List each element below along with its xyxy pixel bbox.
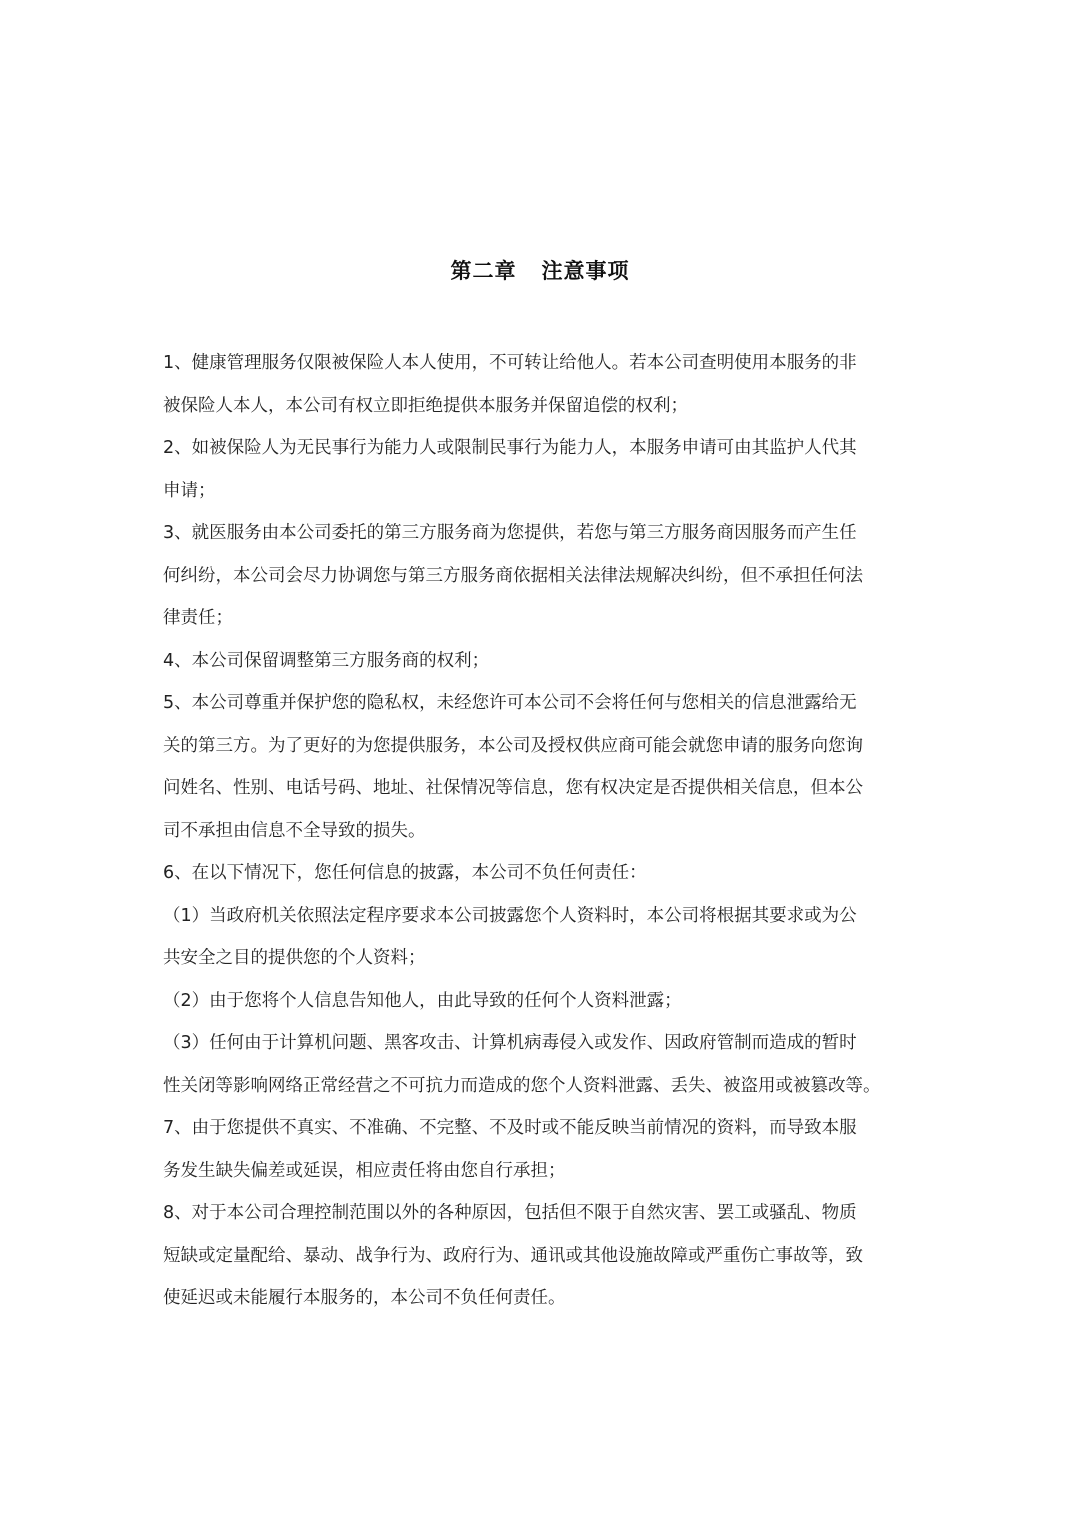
text-line: 短缺或定量配给、暴动、战争行为、政府行为、通讯或其他设施故障或严重伤亡事故等，致 [163, 1241, 923, 1284]
text-line: 共安全之目的提供您的个人资料； [163, 943, 923, 986]
chapter-title: 第二章 注意事项 [0, 255, 1080, 285]
text-line: 6、在以下情况下，您任何信息的披露，本公司不负任何责任： [163, 858, 923, 901]
text-line: 使延迟或未能履行本服务的，本公司不负任何责任。 [163, 1283, 923, 1326]
text-line: 性关闭等影响网络正常经营之不可抗力而造成的您个人资料泄露、丢失、被盗用或被篡改等… [163, 1071, 923, 1114]
text-line: 3、就医服务由本公司委托的第三方服务商为您提供，若您与第三方服务商因服务而产生任 [163, 518, 923, 561]
text-line: 问姓名、性别、电话号码、地址、社保情况等信息，您有权决定是否提供相关信息，但本公 [163, 773, 923, 816]
text-line: 何纠纷，本公司会尽力协调您与第三方服务商依据相关法律法规解决纠纷，但不承担任何法 [163, 561, 923, 604]
text-line: 司不承担由信息不全导致的损失。 [163, 816, 923, 859]
text-line: 关的第三方。为了更好的为您提供服务，本公司及授权供应商可能会就您申请的服务向您询 [163, 731, 923, 774]
text-line: （2）由于您将个人信息告知他人，由此导致的任何个人资料泄露； [163, 986, 923, 1029]
text-line: 4、本公司保留调整第三方服务商的权利； [163, 646, 923, 689]
text-line: 律责任； [163, 603, 923, 646]
text-line: 被保险人本人，本公司有权立即拒绝提供本服务并保留追偿的权利； [163, 391, 923, 434]
text-line: 1、健康管理服务仅限被保险人本人使用，不可转让给他人。若本公司查明使用本服务的非 [163, 348, 923, 391]
text-line: 申请； [163, 476, 923, 519]
text-line: 务发生缺失偏差或延误，相应责任将由您自行承担； [163, 1156, 923, 1199]
text-line: 7、由于您提供不真实、不准确、不完整、不及时或不能反映当前情况的资料，而导致本服 [163, 1113, 923, 1156]
text-line: （1）当政府机关依照法定程序要求本公司披露您个人资料时，本公司将根据其要求或为公 [163, 901, 923, 944]
text-line: 8、对于本公司合理控制范围以外的各种原因，包括但不限于自然灾害、罢工或骚乱、物质 [163, 1198, 923, 1241]
text-line: （3）任何由于计算机问题、黑客攻击、计算机病毒侵入或发作、因政府管制而造成的暂时 [163, 1028, 923, 1071]
text-line: 2、如被保险人为无民事行为能力人或限制民事行为能力人，本服务申请可由其监护人代其 [163, 433, 923, 476]
notice-body: 1、健康管理服务仅限被保险人本人使用，不可转让给他人。若本公司查明使用本服务的非… [163, 348, 923, 1326]
text-line: 5、本公司尊重并保护您的隐私权，未经您许可本公司不会将任何与您相关的信息泄露给无 [163, 688, 923, 731]
